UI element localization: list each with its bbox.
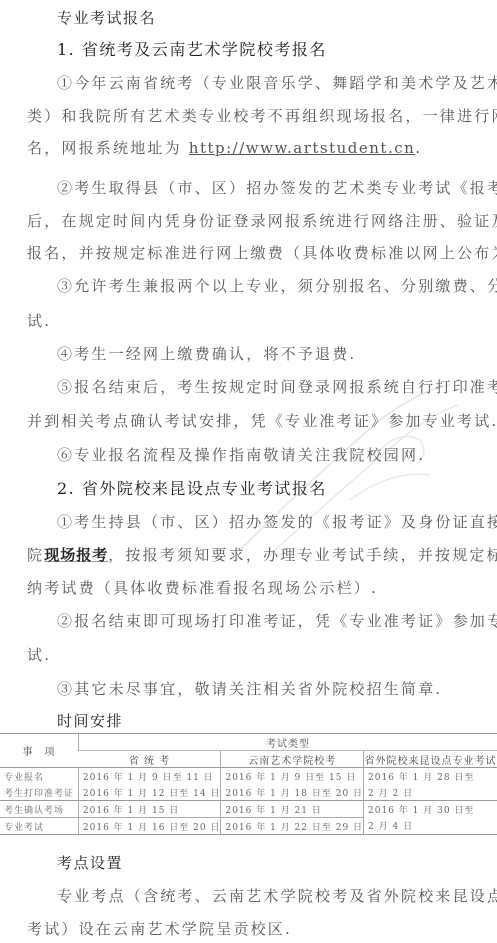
row-item: 考生打印准考证 xyxy=(0,784,78,801)
schedule-heading: 时间安排 xyxy=(57,711,497,731)
venue-heading: 考点设置 xyxy=(57,853,497,873)
exam-type-header: 考试类型 xyxy=(78,734,497,751)
row-provincial: 2016 年 1 月 9 日至 11 日 xyxy=(78,768,221,785)
col-header-out-of-province: 省外院校来昆设点专业考试 xyxy=(364,751,497,768)
part1-p5-line2: 并到相关考点确认考试安排，凭《专业准考证》参加专业考试. xyxy=(27,411,477,431)
row-provincial: 2016 年 1 月 12 日至 14 日 xyxy=(78,784,221,801)
part1-p1-line3: 名，网报系统地址为 http://www.artstudent.cn. xyxy=(27,138,477,158)
table-row: 考生打印准考证 2016 年 1 月 12 日至 14 日 2016 年 1 月… xyxy=(0,784,497,801)
part1-p3-line2: 试. xyxy=(27,311,477,331)
row-out-of-province: 2 月 2 日 xyxy=(364,784,497,801)
part1-p4-line1: ④考生一经网上缴费确认，将不予退费. xyxy=(57,344,497,364)
venue-line1: 专业考点（含统考、云南艺术学院校考及省外院校来昆设点专业 xyxy=(57,886,497,906)
part2-p2-line1: ②报名结束即可现场打印准考证，凭《专业准考证》参加专业考 xyxy=(57,611,497,631)
row-yunnan: 2016 年 1 月 18 日至 20 日 xyxy=(221,784,364,801)
venue-line2: 考试）设在云南艺术学院呈贡校区. xyxy=(27,919,477,939)
part1-p2-line2: 后，在规定时间内凭身份证登录网报系统进行网络注册、验证及专业 xyxy=(27,211,477,231)
part2-p1-line2-pre: 院 xyxy=(27,546,44,564)
watermark-decoration xyxy=(230,380,460,560)
part2-p1-line2-post: ，按报考须知要求，办理专业考试手续，并按规定标准缴 xyxy=(108,546,497,564)
row-yunnan: 2016 年 1 月 22 日至 29 日 xyxy=(221,818,364,835)
item-header: 事 项 xyxy=(0,734,78,768)
part1-p1-end: . xyxy=(415,139,422,157)
row-provincial: 2016 年 1 月 15 日 xyxy=(78,801,221,818)
col-header-provincial: 省 统 考 xyxy=(78,751,221,768)
section-title: 专业考试报名 xyxy=(57,8,497,28)
part1-p1-line3-text: 名，网报系统地址为 xyxy=(27,139,189,157)
part1-p1-line2: 类）和我院所有艺术类专业校考不再组织现场报名，一律进行网上报 xyxy=(27,106,477,126)
part1-p6-line1: ⑥专业报名流程及操作指南敬请关注我院校园网. xyxy=(57,445,497,465)
part2-p1-line3: 纳考试费（具体收费标准看报名现场公示栏）. xyxy=(27,578,477,598)
table-row: 专业考试 2016 年 1 月 16 日至 20 日 2016 年 1 月 22… xyxy=(0,818,497,835)
part1-p3-line1: ③允许考生兼报两个以上专业，须分别报名、分别缴费、分别考 xyxy=(57,276,497,296)
table-row: 专业报名 2016 年 1 月 9 日至 11 日 2016 年 1 月 9 日… xyxy=(0,768,497,785)
part1-p2-line1: ②考生取得县（市、区）招办签发的艺术类专业考试《报考证》 xyxy=(57,178,497,198)
schedule-table: 事 项 考试类型 省 统 考 云南艺术学院校考 省外院校来昆设点专业考试 专业报… xyxy=(0,733,497,835)
col-header-yunnan: 云南艺术学院校考 xyxy=(221,751,364,768)
row-out-of-province: 2016 年 1 月 28 日至 xyxy=(364,768,497,785)
row-yunnan: 2016 年 1 月 9 日至 15 日 xyxy=(221,768,364,785)
part2-p2-line2: 试. xyxy=(27,645,477,665)
registration-link[interactable]: http://www.artstudent.cn xyxy=(189,139,416,157)
row-item: 专业报名 xyxy=(0,768,78,785)
table-row: 考生确认考场 2016 年 1 月 15 日 2016 年 1 月 21 日 2… xyxy=(0,801,497,818)
part1-p1-line1: ①今年云南省统考（专业限音乐学、舞蹈学和美术学及艺术设计 xyxy=(57,73,497,93)
row-out-of-province: 2 月 4 日 xyxy=(364,818,497,835)
row-item: 专业考试 xyxy=(0,818,78,835)
part1-heading: 1. 省统考及云南艺术学院校考报名 xyxy=(57,40,497,60)
row-item: 考生确认考场 xyxy=(0,801,78,818)
part2-p1-line2: 院现场报考，按报考须知要求，办理专业考试手续，并按规定标准缴 xyxy=(27,545,477,565)
onsite-registration-emphasis: 现场报考 xyxy=(44,546,108,564)
part2-heading: 2. 省外院校来昆设点专业考试报名 xyxy=(57,479,497,499)
part1-p5-line1: ⑤报名结束后，考生按规定时间登录网报系统自行打印准考证， xyxy=(57,377,497,397)
part2-p3-line1: ③其它未尽事宜，敬请关注相关省外院校招生简章. xyxy=(57,679,497,699)
row-yunnan: 2016 年 1 月 21 日 xyxy=(221,801,364,818)
row-provincial: 2016 年 1 月 16 日至 20 日 xyxy=(78,818,221,835)
part2-p1-line1: ①考生持县（市、区）招办签发的《报考证》及身份证直接到我 xyxy=(57,512,497,532)
part1-p2-line3: 报名，并按规定标准进行网上缴费（具体收费标准以网上公布为准）. xyxy=(27,243,477,263)
row-out-of-province: 2016 年 1 月 30 日至 xyxy=(364,801,497,818)
